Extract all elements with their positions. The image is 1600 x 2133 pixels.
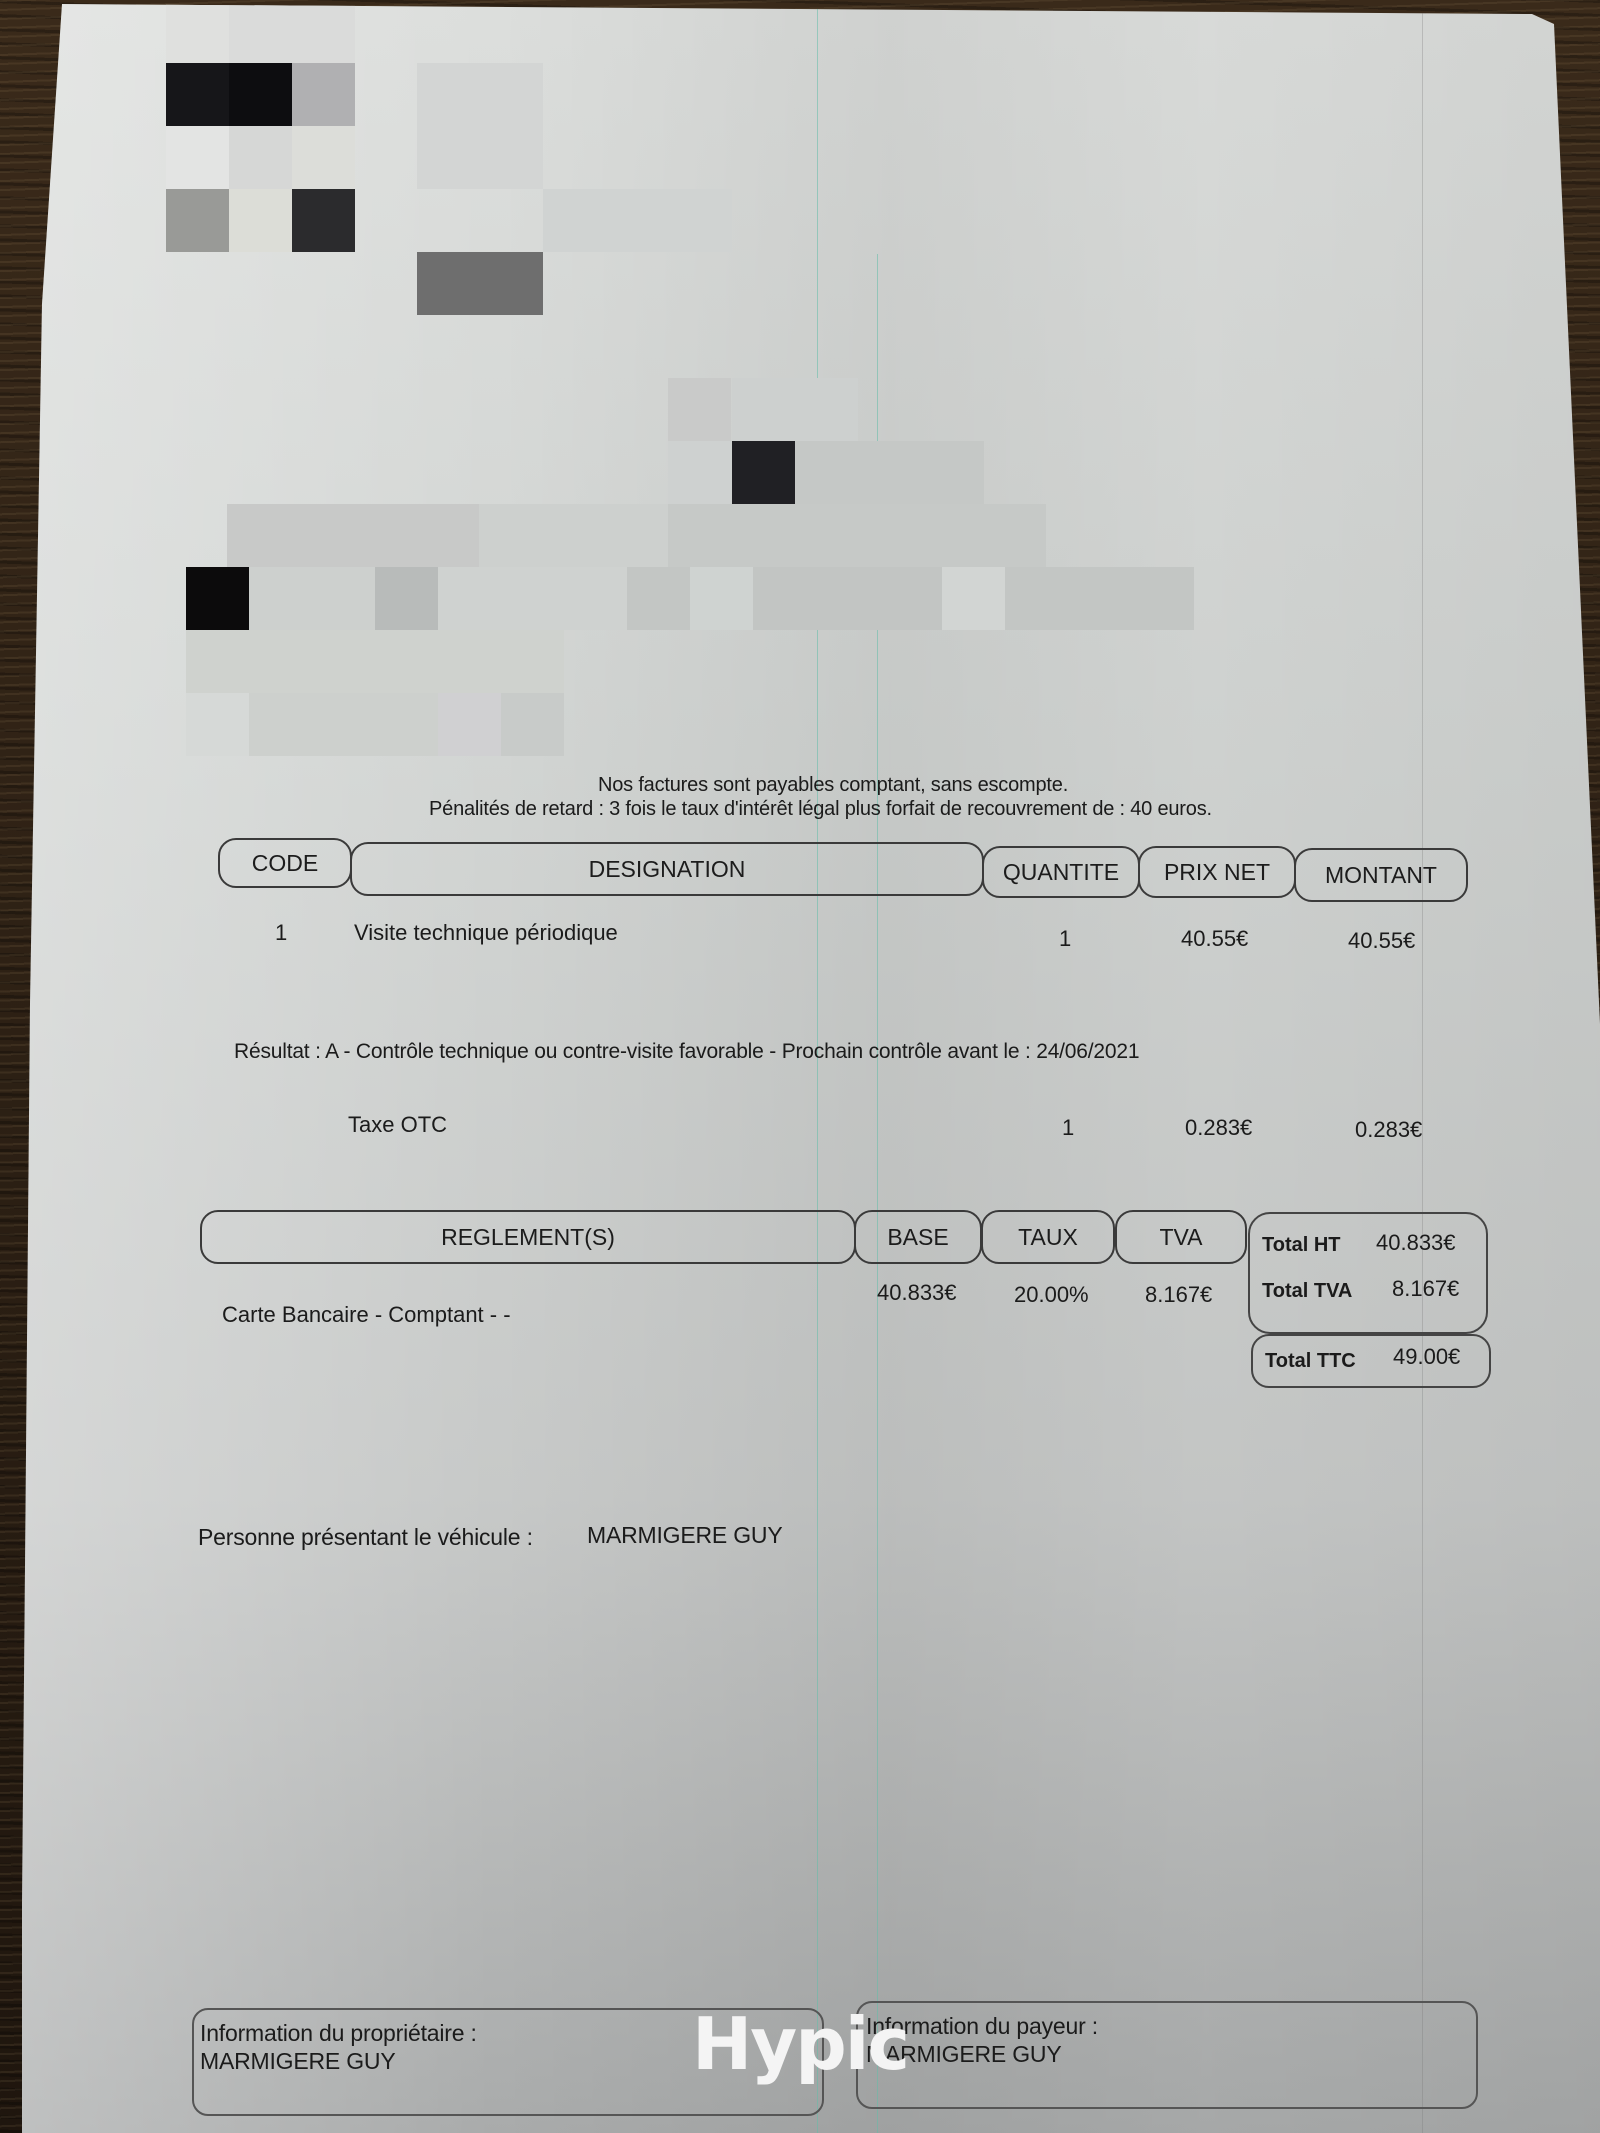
total-ht-value: 40.833€ (1376, 1230, 1456, 1256)
payment-terms-notice: Nos factures sont payables comptant, san… (598, 774, 1068, 797)
column-header-code: CODE (218, 838, 352, 888)
item-montant: 40.55€ (1348, 928, 1415, 954)
total-ttc-value: 49.00€ (1393, 1344, 1460, 1370)
column-header-designation: DESIGNATION (350, 842, 984, 896)
column-header-prix-net: PRIX NET (1138, 846, 1296, 898)
total-ttc-box: Total TTC 49.00€ (1251, 1334, 1491, 1388)
total-tva-label: Total TVA (1262, 1280, 1352, 1303)
totals-box: Total HT 40.833€ Total TVA 8.167€ (1248, 1212, 1488, 1334)
item-designation: Visite technique périodique (354, 920, 618, 946)
item-prix-net: 0.283€ (1185, 1115, 1252, 1141)
item-montant: 0.283€ (1355, 1117, 1422, 1143)
item-designation: Taxe OTC (348, 1112, 447, 1138)
payment-method: Carte Bancaire - Comptant - - (222, 1302, 511, 1328)
invoice-paper: Nos factures sont payables comptant, san… (22, 4, 1600, 2133)
late-penalty-notice: Pénalités de retard : 3 fois le taux d'i… (429, 798, 1212, 821)
column-header-montant: MONTANT (1294, 848, 1468, 902)
column-header-taux: TAUX (981, 1210, 1115, 1264)
fold-line (1422, 4, 1423, 2133)
item-code: 1 (275, 920, 287, 946)
vehicle-presenter-label: Personne présentant le véhicule : (198, 1524, 533, 1551)
column-header-reglements: REGLEMENT(S) (200, 1210, 856, 1264)
fold-line (817, 4, 818, 2133)
payment-tva: 8.167€ (1145, 1282, 1212, 1308)
item-quantite: 1 (1059, 926, 1071, 952)
vehicle-presenter-name: MARMIGERE GUY (587, 1522, 782, 1549)
column-header-tva: TVA (1115, 1210, 1247, 1264)
inspection-result: Résultat : A - Contrôle technique ou con… (234, 1040, 1139, 1064)
hypic-watermark: Hypic (692, 2002, 908, 2086)
column-header-quantite: QUANTITE (982, 846, 1140, 898)
item-prix-net: 40.55€ (1181, 926, 1248, 952)
payer-info-box: Information du payeur : MARMIGERE GUY (856, 2001, 1478, 2109)
owner-info-label: Information du propriétaire : (200, 2020, 477, 2047)
item-quantite: 1 (1062, 1115, 1074, 1141)
total-ht-label: Total HT (1262, 1234, 1341, 1257)
column-header-base: BASE (854, 1210, 982, 1264)
total-tva-value: 8.167€ (1392, 1276, 1459, 1302)
total-ttc-label: Total TTC (1265, 1350, 1356, 1373)
payment-taux: 20.00% (1014, 1282, 1089, 1308)
payment-base: 40.833€ (877, 1280, 957, 1306)
owner-info-name: MARMIGERE GUY (200, 2048, 395, 2075)
